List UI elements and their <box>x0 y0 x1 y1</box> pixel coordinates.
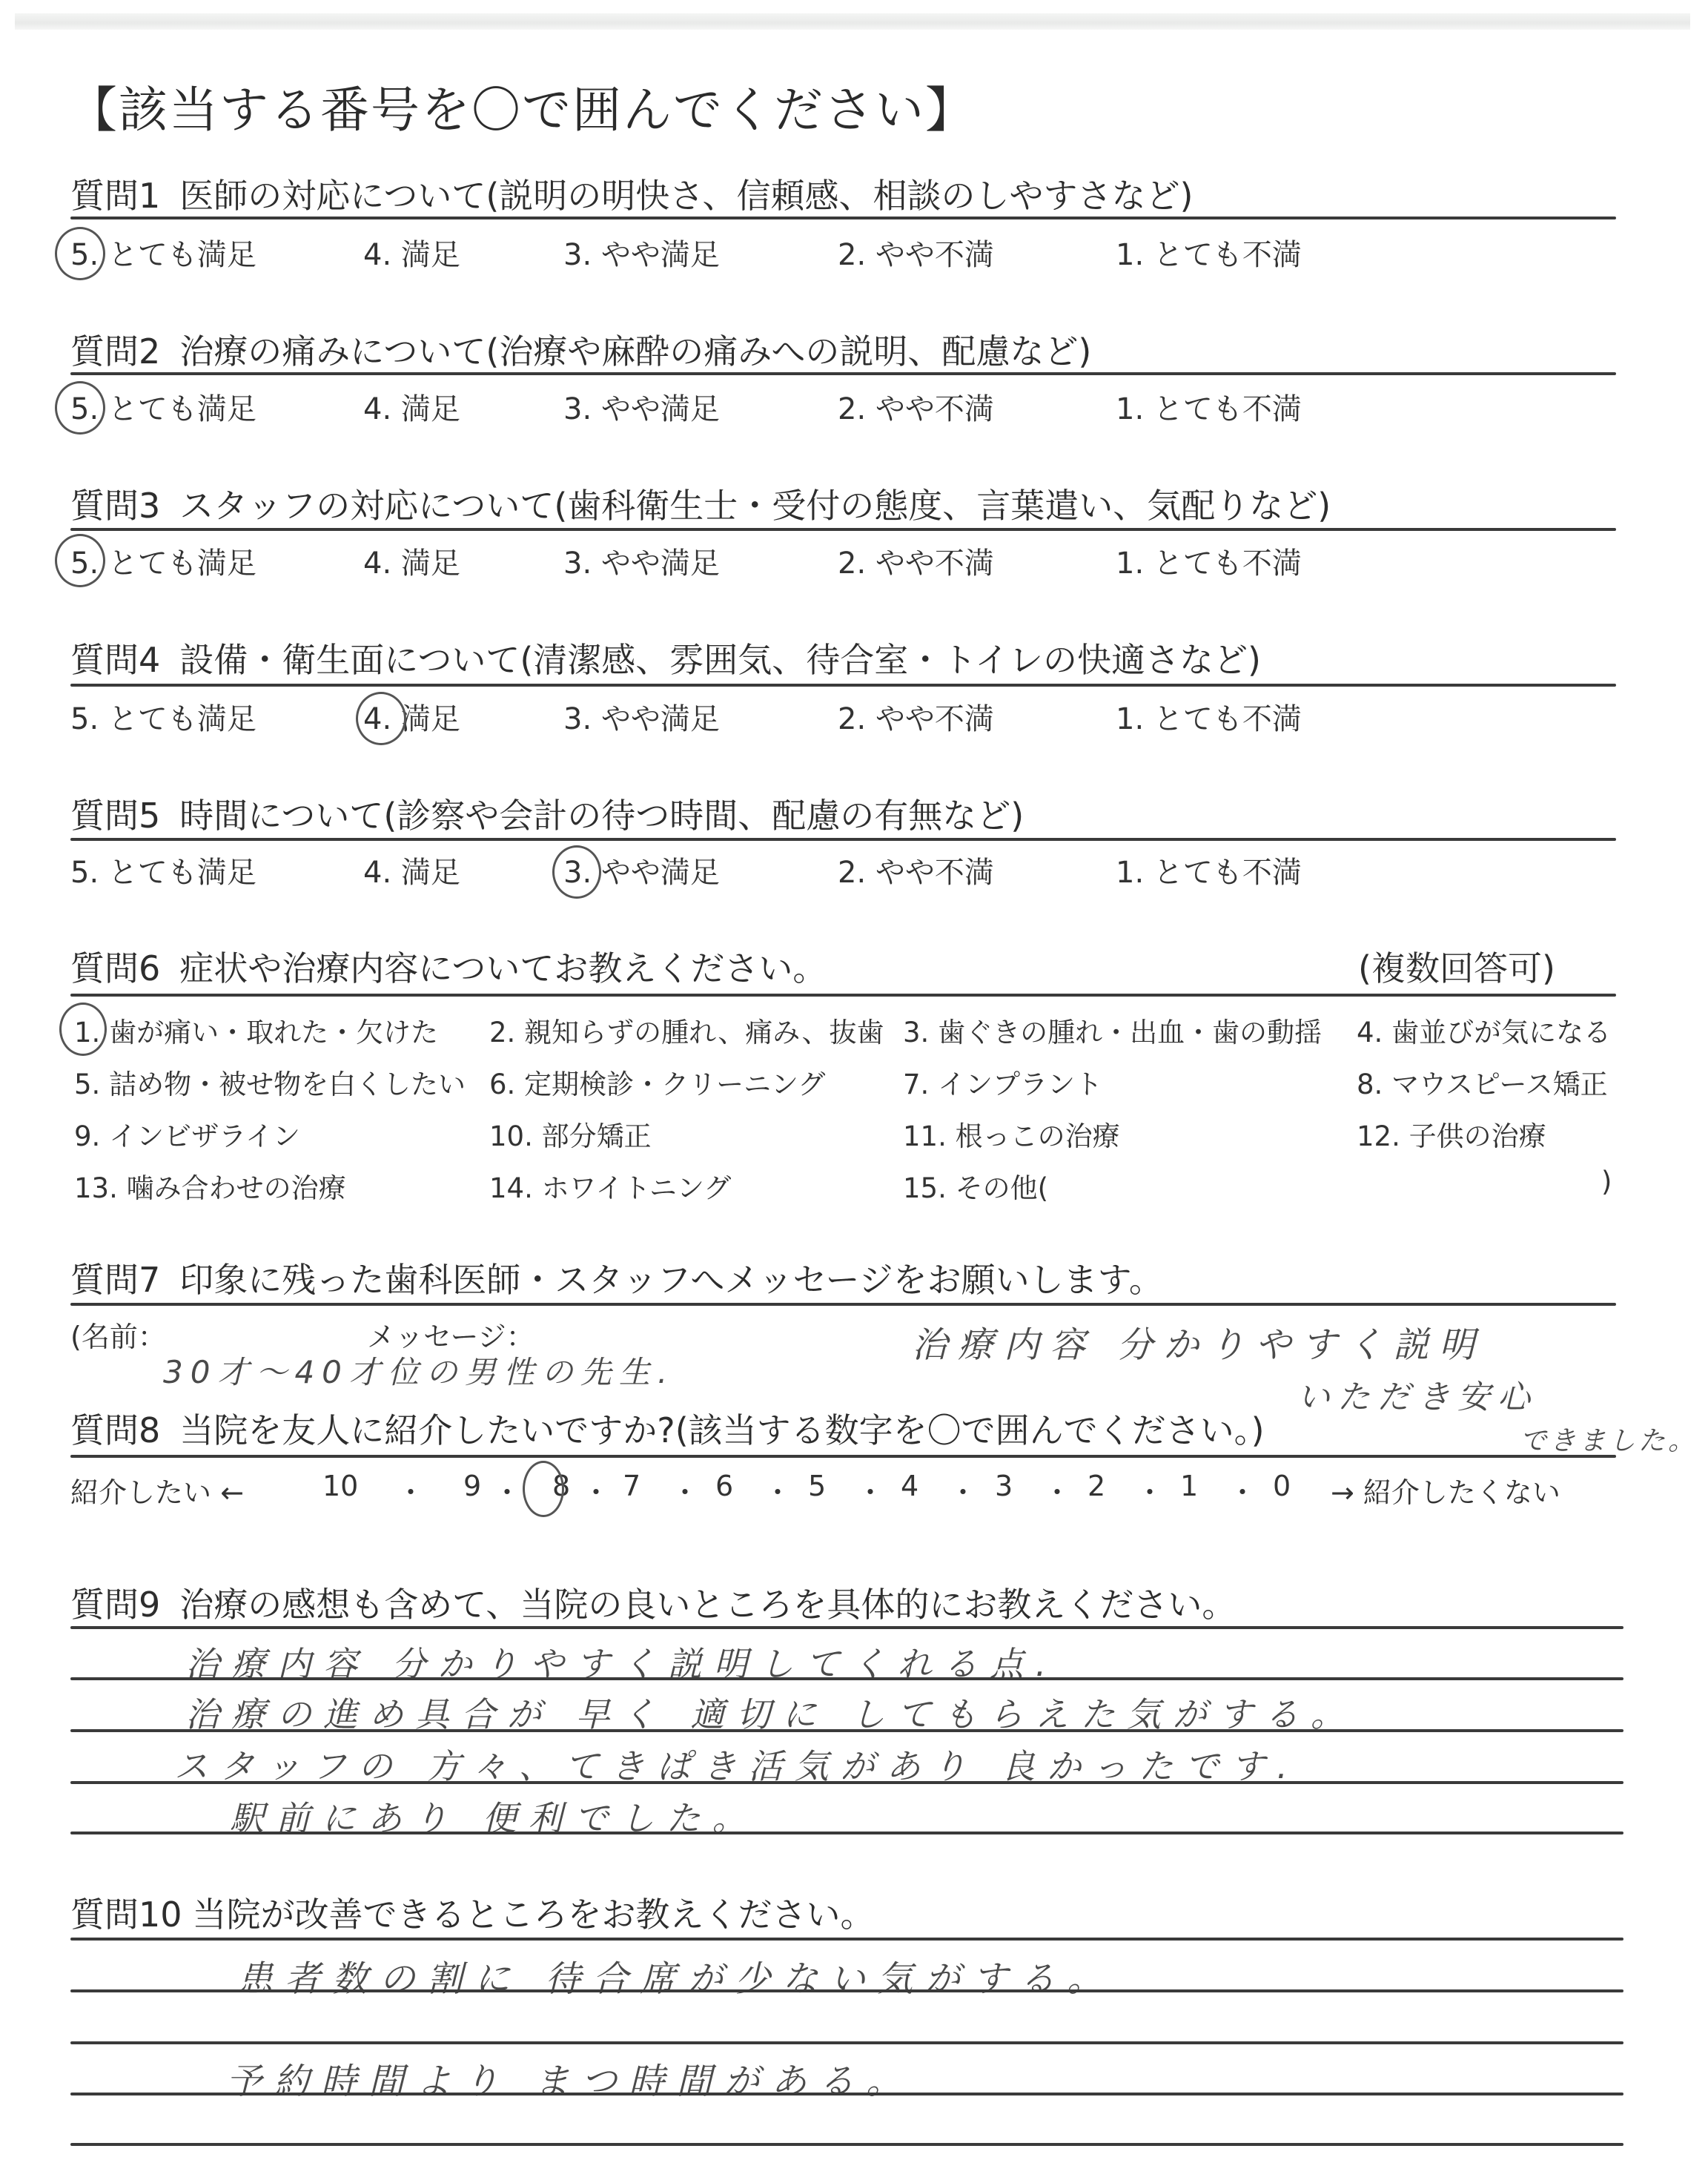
divider <box>70 684 1616 687</box>
selected-circle-q6 <box>59 1003 107 1056</box>
divider <box>70 372 1616 375</box>
scale-right-label: → 紹介したくない <box>1331 1470 1560 1510</box>
page-title: 【該当する番号を〇で囲んでください】 <box>68 70 976 141</box>
option-1[interactable]: 1. とても不満 <box>1116 540 1302 582</box>
scale-separator: ・ <box>856 1470 884 1510</box>
question-text: 治療の感想も含めて、当院の良いところを具体的にお教えください。 <box>179 1585 1236 1625</box>
scale-value-3[interactable]: 3 <box>995 1470 1013 1502</box>
answer-line <box>70 1677 1623 1680</box>
question-text: 時間について(診察や会計の待つ時間、配慮の有無など) <box>179 796 1024 836</box>
q6-option-9[interactable]: 9. インビザライン <box>74 1114 300 1154</box>
divider <box>70 994 1616 997</box>
option-5[interactable]: 5. とても満足 <box>70 696 256 738</box>
option-3[interactable]: 3. やや満足 <box>563 386 720 428</box>
scale-value-2[interactable]: 2 <box>1088 1470 1105 1502</box>
scale-value-10[interactable]: 10 <box>322 1470 358 1502</box>
question-1-heading: 質問1医師の対応について(説明の明快さ、信頼感、相談のしやすさなど) <box>70 169 1193 218</box>
scale-separator: ・ <box>764 1470 792 1510</box>
question-text: スタッフの対応について(歯科衛生士・受付の態度、言葉遣い、気配りなど) <box>179 486 1331 526</box>
scale-separator: ・ <box>397 1470 425 1510</box>
option-4[interactable]: 4. 満足 <box>363 849 460 891</box>
handwritten-name: 30才〜40才位の男性の先生. <box>163 1348 675 1393</box>
q6-option-13[interactable]: 13. 噛み合わせの治療 <box>74 1166 346 1206</box>
scale-separator: ・ <box>949 1470 977 1510</box>
option-4[interactable]: 4. 満足 <box>363 386 460 428</box>
scale-value-1[interactable]: 1 <box>1180 1470 1198 1502</box>
option-3[interactable]: 3. やや満足 <box>563 696 720 738</box>
option-1[interactable]: 1. とても不満 <box>1116 231 1302 274</box>
option-4[interactable]: 4. 満足 <box>363 540 460 582</box>
scale-separator: ・ <box>1043 1470 1071 1510</box>
q6-option-14[interactable]: 14. ホワイトニング <box>489 1166 731 1206</box>
scale-value-9[interactable]: 9 <box>463 1470 481 1502</box>
q6-option-12[interactable]: 12. 子供の治療 <box>1357 1114 1546 1154</box>
q6-option-7[interactable]: 7. インプラント <box>903 1062 1102 1102</box>
option-1[interactable]: 1. とても不満 <box>1116 386 1302 428</box>
option-2[interactable]: 2. やや不満 <box>838 849 994 891</box>
question-text: 当院が改善できるところをお教えください。 <box>193 1895 875 1935</box>
question-number: 質問9 <box>70 1585 160 1625</box>
answer-line <box>70 1626 1623 1629</box>
question-number: 質問6 <box>70 948 160 988</box>
q6-option-10[interactable]: 10. 部分矯正 <box>489 1114 652 1154</box>
scale-value-4[interactable]: 4 <box>901 1470 918 1502</box>
question-text: 当院を友人に紹介したいですか?(該当する数字を〇で囲んでください。) <box>179 1410 1264 1450</box>
scale-value-5[interactable]: 5 <box>808 1470 826 1502</box>
question-number: 質問8 <box>70 1410 160 1450</box>
scale-separator: ・ <box>1136 1470 1164 1510</box>
question-number: 質問4 <box>70 640 160 680</box>
scale-value-0[interactable]: 0 <box>1273 1470 1291 1502</box>
scale-separator: ・ <box>671 1470 699 1510</box>
question-text: 設備・衛生面について(清潔感、雰囲気、待合室・トイレの快適さなど) <box>179 640 1261 680</box>
question-number: 質問10 <box>70 1895 182 1935</box>
divider <box>70 1303 1616 1306</box>
scale-separator: ・ <box>582 1470 610 1510</box>
scan-top-edge <box>15 13 1690 30</box>
question-9-heading: 質問9治療の感想も含めて、当院の良いところを具体的にお教えください。 <box>70 1578 1236 1627</box>
q6-option-8[interactable]: 8. マウスピース矯正 <box>1357 1062 1608 1102</box>
answer-line <box>70 1832 1623 1834</box>
option-2[interactable]: 2. やや不満 <box>838 540 994 582</box>
multiple-answers-note: (複数回答可) <box>1358 942 1555 991</box>
handwritten-message-line-1: 治療内容 分かりやすく説明 <box>912 1316 1485 1367</box>
handwritten-message-line-3: できました。 <box>1520 1420 1698 1458</box>
answer-line <box>70 2041 1623 2044</box>
question-number: 質問7 <box>70 1260 160 1300</box>
question-8-heading: 質問8当院を友人に紹介したいですか?(該当する数字を〇で囲んでください。) <box>70 1404 1265 1453</box>
divider <box>70 528 1616 531</box>
option-4[interactable]: 4. 満足 <box>363 231 460 274</box>
question-number: 質問3 <box>70 486 160 526</box>
answer-line <box>70 2143 1623 2146</box>
q6-option-3[interactable]: 3. 歯ぐきの腫れ・出血・歯の動揺 <box>903 1010 1322 1050</box>
question-2-heading: 質問2治療の痛みについて(治療や麻酔の痛みへの説明、配慮など) <box>70 325 1091 374</box>
answer-line <box>70 2093 1623 2095</box>
divider <box>70 838 1616 841</box>
name-label: (名前： <box>70 1314 166 1355</box>
handwritten-message-line-2: いただき安心 <box>1297 1370 1537 1418</box>
selected-circle-q5 <box>552 845 601 899</box>
option-2[interactable]: 2. やや不満 <box>838 386 994 428</box>
option-2[interactable]: 2. やや不満 <box>838 231 994 274</box>
selected-circle-q2 <box>55 381 105 435</box>
selected-circle-q8 <box>523 1461 564 1517</box>
option-3[interactable]: 3. やや満足 <box>563 231 720 274</box>
option-1[interactable]: 1. とても不満 <box>1116 849 1302 891</box>
q6-option-5[interactable]: 5. 詰め物・被せ物を白くしたい <box>74 1062 466 1102</box>
divider <box>70 1455 1616 1458</box>
question-10-heading: 質問10当院が改善できるところをお教えください。 <box>70 1888 875 1937</box>
question-text: 治療の痛みについて(治療や麻酔の痛みへの説明、配慮など) <box>179 331 1091 371</box>
q10-answer-line-1: 患者数の割に 待合席が少ない気がする。 <box>237 1950 1114 2001</box>
answer-line <box>70 1989 1623 1992</box>
scale-separator: ・ <box>493 1470 521 1510</box>
scale-left-label: 紹介したい ← <box>70 1470 244 1510</box>
scale-value-7[interactable]: 7 <box>623 1470 640 1502</box>
q6-option-6[interactable]: 6. 定期検診・クリーニング <box>489 1062 825 1102</box>
question-text: 医師の対応について(説明の明快さ、信頼感、相談のしやすさなど) <box>179 176 1193 216</box>
option-5[interactable]: 5. とても満足 <box>70 849 256 891</box>
selected-circle-q3 <box>55 534 105 587</box>
question-4-heading: 質問4設備・衛生面について(清潔感、雰囲気、待合室・トイレの快適さなど) <box>70 633 1261 682</box>
selected-circle-q1 <box>55 227 105 280</box>
q6-option-2[interactable]: 2. 親知らずの腫れ、痛み、抜歯 <box>489 1010 884 1050</box>
question-text: 症状や治療内容についてお教えください。 <box>179 948 827 988</box>
question-text: 印象に残った歯科医師・スタッフへメッセージをお願いします。 <box>179 1260 1163 1300</box>
divider <box>70 217 1616 219</box>
q6-other-close-paren: ) <box>1601 1166 1612 1198</box>
scale-value-6[interactable]: 6 <box>715 1470 733 1502</box>
option-1[interactable]: 1. とても不満 <box>1116 696 1302 738</box>
option-2[interactable]: 2. やや不満 <box>838 696 994 738</box>
question-number: 質問2 <box>70 331 160 371</box>
question-6-heading: 質問6症状や治療内容についてお教えください。 <box>70 942 827 991</box>
scale-separator: ・ <box>1228 1470 1257 1510</box>
question-number: 質問1 <box>70 176 160 216</box>
question-7-heading: 質問7印象に残った歯科医師・スタッフへメッセージをお願いします。 <box>70 1253 1163 1302</box>
answer-line <box>70 1938 1623 1941</box>
option-3[interactable]: 3. やや満足 <box>563 540 720 582</box>
q6-option-11[interactable]: 11. 根っこの治療 <box>903 1114 1120 1154</box>
answer-line <box>70 1781 1623 1784</box>
q6-option-1[interactable]: 1. 歯が痛い・取れた・欠けた <box>74 1010 438 1050</box>
question-number: 質問5 <box>70 796 160 836</box>
q6-option-4[interactable]: 4. 歯並びが気になる <box>1357 1010 1611 1050</box>
question-5-heading: 質問5時間について(診察や会計の待つ時間、配慮の有無など) <box>70 789 1024 838</box>
q6-option-15[interactable]: 15. その他( <box>903 1166 1048 1206</box>
selected-circle-q4 <box>356 692 406 745</box>
q10-answer-line-3: 予約時間より まつ時間がある。 <box>226 2052 913 2104</box>
answer-line <box>70 1729 1623 1732</box>
question-3-heading: 質問3スタッフの対応について(歯科衛生士・受付の態度、言葉遣い、気配りなど) <box>70 479 1331 528</box>
